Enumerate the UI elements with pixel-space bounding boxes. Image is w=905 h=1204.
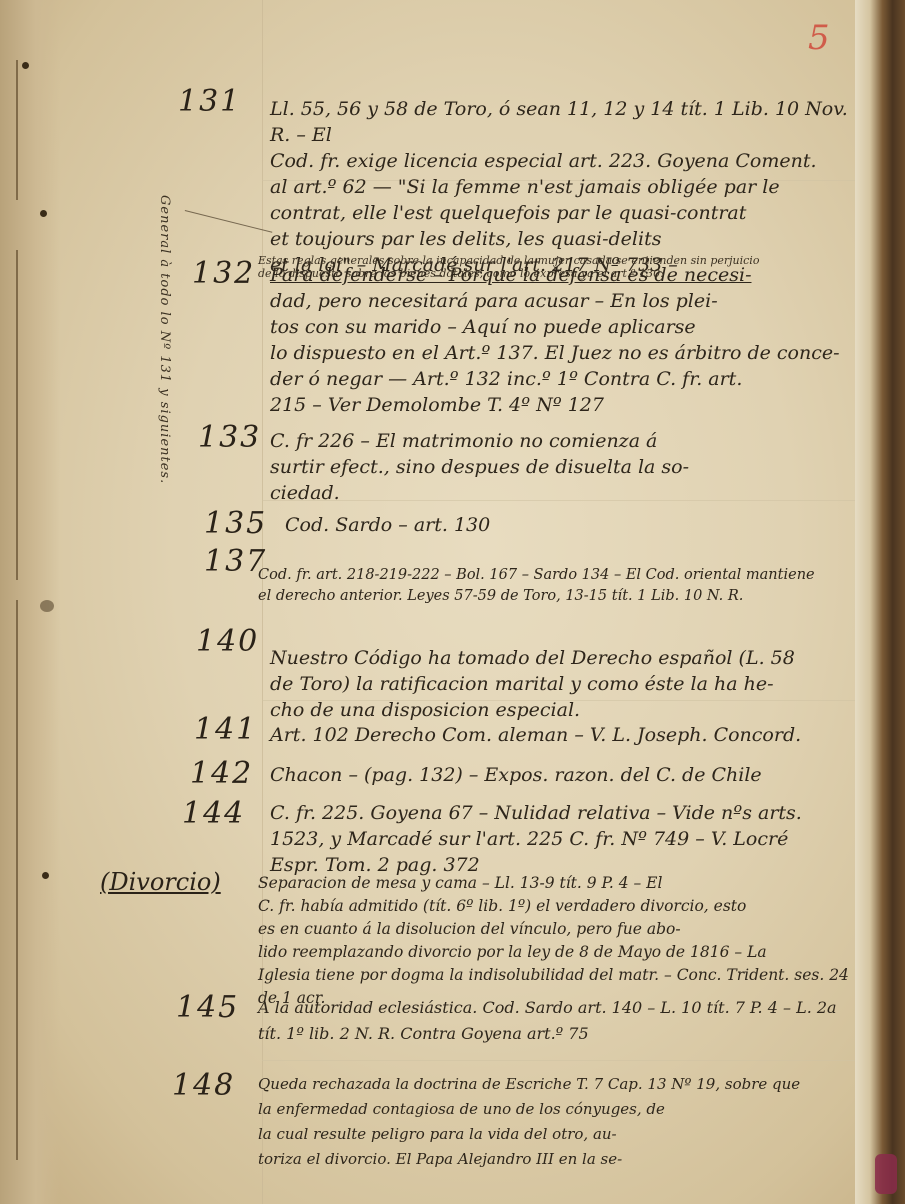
entry-line: lido reemplazando divorcio por la ley de…: [258, 941, 868, 964]
entry-text-141: Art. 102 Derecho Com. aleman – V. L. Jos…: [270, 722, 860, 748]
entry-text-144: C. fr. 225. Goyena 67 – Nulidad relativa…: [270, 800, 860, 878]
entry-line: der ó negar — Art.º 132 inc.º 1º Contra …: [270, 366, 860, 392]
entry-text-140: Nuestro Código ha tomado del Derecho esp…: [270, 645, 860, 723]
entry-text-132: Para defenderse – Porque la defensa es d…: [270, 262, 860, 418]
entry-number: 141: [194, 712, 257, 747]
entry-line: Cod. fr. exige licencia especial art. 22…: [270, 148, 860, 174]
entry-line: Nuestro Código ha tomado del Derecho esp…: [270, 645, 860, 671]
entry-line: la enfermedad contagiosa de uno de los c…: [258, 1097, 868, 1122]
entry-text-divorcio: Separacion de mesa y cama – Ll. 13-9 tít…: [258, 872, 868, 1010]
entry-line: es en cuanto á la disolucion del vínculo…: [258, 918, 868, 941]
ruled-line: [262, 1060, 862, 1061]
entry-number: 144: [182, 796, 245, 831]
leader-line: [185, 210, 273, 233]
entry-line: et toujours par les delits, les quasi-de…: [270, 226, 860, 252]
binding-stitch: [16, 600, 18, 1160]
entry-line: C. fr. 225. Goyena 67 – Nulidad relativa…: [270, 800, 860, 826]
stitch-knot: [40, 210, 47, 217]
red-cover-corner: [875, 1154, 897, 1194]
binding-stitch: [16, 60, 18, 200]
stitch-knot: [22, 62, 29, 69]
entry-text-133: C. fr 226 – El matrimonio no comienza á …: [270, 428, 860, 506]
entry-line: de Toro) la ratificacion marital y como …: [270, 671, 860, 697]
entry-line: el derecho anterior. Leyes 57-59 de Toro…: [258, 586, 868, 607]
entry-text-148: Queda rechazada la doctrina de Escriche …: [258, 1072, 868, 1172]
binding-stitch: [16, 250, 18, 580]
entry-number: 133: [198, 420, 261, 455]
page-edge-worn: [855, 0, 905, 1204]
entry-line: tos con su marido – Aquí no puede aplica…: [270, 314, 860, 340]
entry-line: Cod. Sardo – art. 130: [285, 512, 875, 538]
margin-note: General à todo lo Nº 131 y siguientes.: [157, 195, 172, 484]
entry-line: cho de una disposicion especial.: [270, 697, 860, 723]
divorcio-label: (Divorcio): [100, 868, 221, 896]
entry-line: Chacon – (pag. 132) – Expos. razon. del …: [270, 762, 860, 788]
ink-blot: [40, 600, 54, 612]
entry-line: ciedad.: [270, 480, 860, 506]
entry-text-135: Cod. Sardo – art. 130: [285, 512, 875, 538]
entry-line: Art. 102 Derecho Com. aleman – V. L. Jos…: [270, 722, 860, 748]
entry-line: lo dispuesto en el Art.º 137. El Juez no…: [270, 340, 860, 366]
entry-line: toriza el divorcio. El Papa Alejandro II…: [258, 1147, 868, 1172]
entry-line: surtir efect., sino despues de disuelta …: [270, 454, 860, 480]
entry-line: Separacion de mesa y cama – Ll. 13-9 tít…: [258, 872, 868, 895]
entry-line: C. fr. había admitido (tít. 6º lib. 1º) …: [258, 895, 868, 918]
entry-number: 131: [178, 84, 241, 119]
entry-line: dad, pero necesitará para acusar – En lo…: [270, 288, 860, 314]
entry-line: A la autoridad eclesiástica. Cod. Sardo …: [258, 995, 868, 1021]
entry-text-142: Chacon – (pag. 132) – Expos. razon. del …: [270, 762, 860, 788]
entry-line: C. fr 226 – El matrimonio no comienza á: [270, 428, 860, 454]
divorcio-heading: (Divorcio): [100, 868, 221, 896]
entry-number: 142: [190, 756, 253, 791]
entry-number: 145: [176, 990, 239, 1025]
entry-number: 132: [192, 256, 255, 291]
entry-number: 140: [196, 624, 259, 659]
entry-line: Cod. fr. art. 218-219-222 – Bol. 167 – S…: [258, 565, 868, 586]
entry-number: 148: [172, 1068, 235, 1103]
entry-line: 1523, y Marcadé sur l'art. 225 C. fr. Nº…: [270, 826, 860, 852]
manuscript-page: 5 General à todo lo Nº 131 y siguientes.…: [0, 0, 880, 1204]
entry-text-131: Ll. 55, 56 y 58 de Toro, ó sean 11, 12 y…: [270, 96, 860, 278]
stitch-knot: [42, 872, 49, 879]
entry-line: tít. 1º lib. 2 N. R. Contra Goyena art.º…: [258, 1021, 868, 1047]
entry-text-137: Cod. fr. art. 218-219-222 – Bol. 167 – S…: [258, 565, 868, 607]
entry-number: 135: [204, 506, 267, 541]
entry-line: 215 – Ver Demolombe T. 4º Nº 127: [270, 392, 860, 418]
entry-line: Queda rechazada la doctrina de Escriche …: [258, 1072, 868, 1097]
entry-line: al art.º 62 — "Si la femme n'est jamais …: [270, 174, 860, 200]
entry-line: contrat, elle l'est quelquefois par le q…: [270, 200, 860, 226]
entry-line: la cual resulte peligro para la vida del…: [258, 1122, 868, 1147]
entry-text-145: A la autoridad eclesiástica. Cod. Sardo …: [258, 995, 868, 1047]
entry-line: Ll. 55, 56 y 58 de Toro, ó sean 11, 12 y…: [270, 96, 860, 148]
entry-line: Para defenderse – Porque la defensa es d…: [270, 262, 860, 288]
page-number: 5: [808, 18, 830, 58]
